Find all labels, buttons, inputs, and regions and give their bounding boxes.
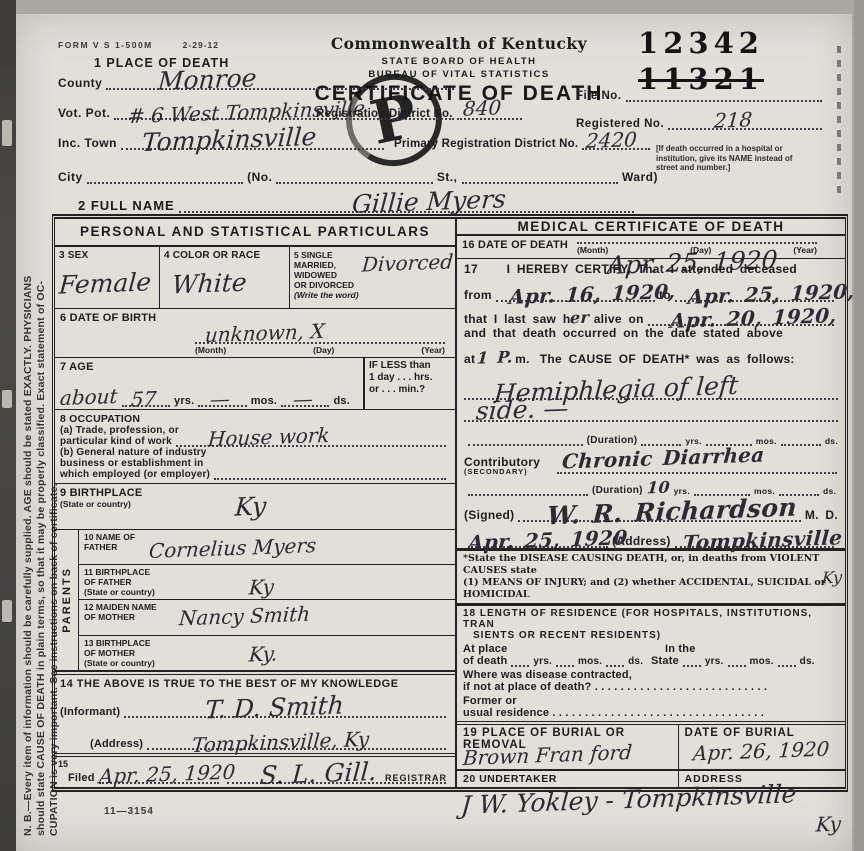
last-saw-text-a: that I last saw h [464, 312, 570, 326]
undertaker-label: 20 UNDERTAKER [463, 773, 672, 785]
signed-date-value: Apr. 25, 1920 [467, 527, 628, 553]
signed-date-field: Apr. 25, 1920 [468, 544, 608, 548]
former-label-2: usual residence . . . . . . . . . . . . … [463, 707, 839, 719]
ward-field [462, 180, 618, 184]
cause-intro: The CAUSE OF DEATH* was as follows: [540, 352, 795, 366]
age-days-value: — [293, 389, 314, 410]
is-yrs: yrs. [705, 656, 724, 667]
ds-label: ds. [333, 395, 350, 407]
burial-date-value: Apr. 26, 1920 [692, 739, 830, 764]
dob-sublabels: (Month) (Day) (Year) [195, 342, 445, 355]
signed-line: (Signed) W. R. Richardson M. D. [457, 496, 845, 522]
m-label: m. [515, 352, 530, 366]
dod-day-label: (Day) [690, 245, 711, 255]
mos-label: mos. [251, 395, 277, 407]
informant-section: 14 THE ABOVE IS TRUE TO THE BEST OF MY K… [55, 671, 455, 757]
age-years-value: 57 [131, 389, 158, 410]
duration2-label: (Duration) [592, 485, 643, 496]
burial-row: 19 PLACE OF BURIAL OR REMOVAL Brown Fran… [457, 721, 845, 769]
occupation-a-field: House work [176, 443, 446, 447]
form-number-text: FORM V S 1-500M [58, 40, 153, 50]
informant-address-field: Tompkinsville, Ky [147, 746, 446, 750]
mother-name-value: Nancy Smith [178, 604, 310, 629]
registration-district-field: 840 [457, 116, 522, 120]
occupation-b-line: which employed (or employer) [60, 469, 450, 480]
dod-sublabels: (Month) (Day) (Year) [577, 242, 817, 255]
medical-column: MEDICAL CERTIFICATE OF DEATH 16 DATE OF … [457, 219, 845, 787]
contributory-value: Chronic Diarrhea [561, 444, 765, 471]
is-f1 [683, 663, 701, 667]
street-no-field [276, 180, 432, 184]
certify-statement: I HEREBY CERTIFY, That I attended deceas… [507, 262, 797, 276]
burial-place-cell: 19 PLACE OF BURIAL OR REMOVAL Brown Fran… [457, 725, 678, 769]
filed-section: 15 Filed Apr. 25, 1920 S. L. Gill. REGIS… [55, 757, 455, 787]
personal-section-title: PERSONAL AND STATISTICAL PARTICULARS [55, 219, 455, 247]
cause-value-2: side. — [475, 395, 569, 423]
registration-district-line: Registration District No. 840 [316, 108, 526, 120]
from-label: from [464, 288, 492, 302]
contributory-line: Contributory (SECONDARY) Chronic Diarrhe… [457, 446, 845, 474]
registration-district-label: Registration District No. [316, 108, 453, 120]
street-no-label: (No. [247, 170, 272, 184]
inc-town-value: Tompkinsville [141, 124, 317, 155]
date-of-death-row: 16 DATE OF DEATH Apr. 25, 1920 (Month) (… [457, 236, 845, 259]
registrar-label: REGISTRAR [385, 773, 447, 783]
filed-number: 15 [58, 759, 68, 769]
time-cause-line: at 1 P. m. The CAUSE OF DEATH* was as fo… [457, 344, 845, 366]
in-state-block: In the State yrs. mos. ds. [651, 643, 839, 667]
sex-cell: 3 SEX Female [55, 247, 159, 309]
signed-label: (Signed) [464, 508, 514, 522]
parents-vertical-label-cell: PARENTS [55, 530, 79, 670]
registered-no-value: 218 [714, 109, 754, 130]
hospital-note: [If death occurred in a hospital or inst… [656, 144, 816, 173]
primary-registration-line: Primary Registration District No. 2420 [394, 138, 654, 150]
duration-line-1: (Duration) yrs. mos. ds. [457, 426, 845, 446]
primary-registration-label: Primary Registration District No. [394, 138, 578, 150]
birthplace-value: Ky [234, 494, 267, 520]
is-f3 [778, 663, 796, 667]
full-name-field: Gillie Myers [179, 209, 634, 213]
city-line: City (No. St., Ward) [58, 170, 658, 184]
signed-date-address-line: Apr. 25, 1920 (Address) Tompkinsville [457, 522, 845, 548]
margin-note-line: N. B.—Every item of information should b… [22, 46, 35, 836]
residence-section: 18 LENGTH OF RESIDENCE (FOR HOSPITALS, I… [457, 606, 845, 721]
father-name-row: 10 NAME OF FATHER Cornelius Myers [79, 530, 455, 565]
certify-heading-line: 17 I HEREBY CERTIFY, That I attended dec… [457, 262, 845, 276]
undertaker-value: J W. Yokley - Tompkinsville [460, 781, 797, 818]
ap-ds: ds. [628, 656, 643, 667]
file-no-label: File No. [576, 90, 622, 102]
form-date: 2-29-12 [183, 40, 219, 50]
burial-date-cell: DATE OF BURIAL Apr. 26, 1920 [678, 725, 845, 769]
ap-f2 [556, 663, 574, 667]
informant-label: (Informant) [60, 706, 120, 718]
father-birthplace-row: 11 BIRTHPLACE OF FATHER (State or countr… [79, 565, 455, 600]
filed-date-field: Apr. 25, 1920 [99, 780, 219, 784]
contracted-label-2: if not at place of death? . . . . . . . … [463, 681, 839, 693]
age-about: about [59, 386, 118, 408]
informant-statement: 14 THE ABOVE IS TRUE TO THE BEST OF MY K… [60, 678, 450, 690]
in-the-label: In the [665, 643, 839, 655]
former-label-1: Former or [463, 695, 839, 707]
informant-address-value: Tompkinsville, Ky [191, 729, 370, 755]
if-less-line3: or . . . min.? [369, 384, 451, 396]
is-f2 [728, 663, 746, 667]
if-less-line1: IF LESS than [369, 360, 451, 372]
ap-f3 [606, 663, 624, 667]
county-line: County Monroe [58, 76, 458, 90]
parents-vertical-label: PARENTS [61, 567, 73, 633]
edge-dashes [837, 46, 841, 196]
occupation-b2: business or establishment in [60, 458, 450, 469]
form-number: FORM V S 1-500M 2-29-12 [58, 40, 219, 50]
scan-blip [2, 600, 12, 622]
certificate-paper: N. B.—Every item of information should b… [16, 14, 852, 851]
occurred-text: and that death occurred on the date stat… [464, 326, 783, 340]
at-place-block: At place of death yrs. mos. ds. [463, 643, 651, 667]
state-label: State [651, 655, 679, 667]
day-label: (Day) [313, 345, 334, 355]
undertaker-row: 20 UNDERTAKER J W. Yokley - Tompkinsvill… [457, 769, 845, 787]
scan-edge-strip [0, 0, 16, 851]
time-of-death-value: 1 P. [477, 349, 514, 366]
ward-label: Ward) [622, 170, 658, 184]
if-less-line2: 1 day . . . hrs. [369, 372, 451, 384]
informant-address-line: (Address) Tompkinsville, Ky [90, 738, 450, 750]
year-label: (Year) [421, 345, 445, 355]
cause-footnote: *State the DISEASE CAUSING DEATH, or, in… [457, 548, 845, 606]
marital-label-4: OR DIVORCED [294, 280, 451, 290]
occupation-label: 8 OCCUPATION [60, 413, 450, 425]
personal-column: PERSONAL AND STATISTICAL PARTICULARS 3 S… [55, 219, 457, 787]
occupation-a2: particular kind of work [60, 436, 172, 447]
margin-ky-note: Ky [821, 570, 842, 587]
dob-row: 6 DATE OF BIRTH unknown, X (Month) (Day)… [55, 309, 455, 358]
registration-district-value: 840 [462, 97, 502, 118]
signed-address-value: Tompkinsville [682, 527, 843, 553]
commonwealth-title: Commonwealth of Kentucky [294, 34, 624, 53]
occupation-row: 8 OCCUPATION (a) Trade, profession, or p… [55, 410, 455, 484]
at-place-label-2: of death [463, 655, 507, 667]
occupation-b3: which employed (or employer) [60, 469, 210, 480]
at-label: at [464, 352, 475, 366]
residence-label-1: 18 LENGTH OF RESIDENCE (FOR HOSPITALS, I… [463, 608, 839, 630]
cause-line-2: side. — [464, 400, 838, 422]
primary-registration-value: 2420 [586, 129, 638, 151]
residence-label-2: SIENTS OR RECENT RESIDENTS) [473, 630, 839, 641]
stamped-number-top: 12342 [576, 26, 826, 60]
occupation-a-value: House work [208, 425, 331, 449]
scan-blip [2, 120, 12, 146]
age-days-field: — [281, 403, 329, 407]
full-name-line: 2 FULL NAME Gillie Myers [78, 198, 638, 213]
occupation-b-field [214, 476, 446, 480]
mother-birthplace-row: 13 BIRTHPLACE OF MOTHER (State or countr… [79, 636, 455, 670]
duration1-label: (Duration) [587, 435, 638, 446]
scan-blip [2, 390, 12, 408]
sex-value: Female [58, 269, 152, 297]
county-label: County [58, 76, 102, 90]
at-place-line: of death yrs. mos. ds. [463, 655, 651, 667]
inc-town-field: Tompkinsville [121, 146, 384, 150]
informant-name: T. D. Smith [204, 693, 345, 723]
race-value: White [171, 269, 247, 297]
county-field: Monroe [106, 86, 454, 90]
occurred-line: and that death occurred on the date stat… [457, 326, 845, 344]
residence-duration-line: At place of death yrs. mos. ds. In the [463, 643, 839, 667]
marital-sublabel: (Write the word) [294, 290, 451, 300]
parents-rows: 10 NAME OF FATHER Cornelius Myers 11 BIR… [79, 530, 455, 670]
inc-town-label: Inc. Town [58, 136, 117, 150]
certify-number: 17 [464, 262, 478, 276]
primary-registration-field: 2420 [582, 146, 650, 150]
occupation-a-line: particular kind of work House work [60, 436, 450, 447]
full-name-label: 2 FULL NAME [78, 198, 175, 213]
board-title: STATE BOARD OF HEALTH [294, 56, 624, 67]
dod-month-label: (Month) [577, 245, 608, 255]
signed-address-field: Tompkinsville [675, 544, 834, 548]
voting-precinct-label: Vot. Pot. [58, 106, 110, 120]
burial-place-value: Brown Fran ford [462, 742, 632, 768]
certificate-body: PERSONAL AND STATISTICAL PARTICULARS 3 S… [52, 214, 848, 792]
duration2-value: 10 [646, 480, 670, 497]
age-years-field: 57 [122, 403, 170, 407]
age-row: 7 AGE about 57 yrs. — mos. — ds. [55, 358, 455, 410]
medical-section-title: MEDICAL CERTIFICATE OF DEATH [457, 219, 845, 236]
duration2-ds: ds. [823, 486, 836, 496]
birthplace-row: 9 BIRTHPLACE (State or country) Ky [55, 484, 455, 529]
father-bp-value: Ky [248, 577, 274, 598]
sex-label: 3 SEX [59, 250, 155, 261]
informant-address-label: (Address) [90, 738, 143, 750]
bottom-ky-note: Ky [815, 814, 841, 835]
race-label: 4 COLOR OR RACE [164, 250, 285, 261]
filed-label: Filed [68, 772, 95, 784]
inc-town-line: Inc. Town Tompkinsville [58, 136, 388, 150]
filed-date-value: Apr. 25, 1920 [98, 762, 236, 787]
margin-note-line: should state CAUSE OF DEATH in plain ter… [35, 46, 48, 836]
plate-number: 11—3154 [104, 806, 154, 817]
at-place-label-1: At place [463, 643, 651, 655]
duration1-ds: ds. [825, 436, 838, 446]
last-saw-pronoun: er [570, 310, 590, 327]
certificate-header: Commonwealth of Kentucky STATE BOARD OF … [294, 34, 624, 106]
is-ds: ds. [800, 656, 815, 667]
attended-dates-line: from Apr. 16, 1920, to Apr. 25, 1920, [457, 276, 845, 302]
informant-field: T. D. Smith [124, 714, 446, 718]
footnote-line-2: (1) MEANS OF INJURY; and (2) whether ACC… [463, 577, 839, 601]
registrar-signature: S. L. Gill. [259, 759, 377, 788]
full-name-value: Gillie Myers [351, 186, 507, 216]
footnote-line-1: *State the DISEASE CAUSING DEATH, or, in… [463, 553, 839, 577]
certify-section: 17 I HEREBY CERTIFY, That I attended dec… [457, 259, 845, 548]
registered-no-field: 218 [668, 126, 822, 130]
last-saw-line: that I last saw h er alive on Apr. 20, 1… [457, 302, 845, 326]
ap-mos: mos. [578, 656, 602, 667]
city-field [87, 180, 243, 184]
undertaker-cell: 20 UNDERTAKER J W. Yokley - Tompkinsvill… [457, 771, 678, 787]
race-cell: 4 COLOR OR RACE White [159, 247, 289, 309]
yrs-label: yrs. [174, 395, 194, 407]
duration2-yrs: yrs. [674, 486, 690, 496]
scan-edge-right [854, 0, 864, 851]
is-mos: mos. [750, 656, 774, 667]
file-numbers-block: 12342 11321 File No. Registered No. 218 [576, 26, 826, 130]
parents-section: PARENTS 10 NAME OF FATHER Cornelius Myer… [55, 530, 455, 671]
in-state-line: State yrs. mos. ds. [651, 655, 839, 667]
dod-year-label: (Year) [793, 245, 817, 255]
last-saw-text-b: alive on [594, 312, 644, 326]
sex-race-marital-row: 3 SEX Female 4 COLOR OR RACE White 5 SIN… [55, 247, 455, 310]
file-no-field [626, 98, 822, 102]
marital-value: Divorced [361, 251, 454, 274]
month-label: (Month) [195, 345, 226, 355]
age-line: about 57 yrs. — mos. — ds. [60, 387, 350, 407]
county-value: Monroe [158, 65, 258, 94]
ap-yrs: yrs. [533, 656, 552, 667]
contracted-label-1: Where was disease contracted, [463, 669, 839, 681]
if-less-box: IF LESS than 1 day . . . hrs. or . . . m… [363, 358, 455, 409]
father-name-value: Cornelius Myers [148, 535, 317, 561]
age-months-value: — [210, 389, 231, 410]
md-label: M. D. [805, 508, 838, 522]
city-label: City [58, 170, 83, 184]
ap-f1 [511, 663, 529, 667]
mother-bp-value: Ky. [248, 643, 278, 664]
street-label: St., [437, 170, 458, 184]
marital-cell: 5 SINGLE MARRIED, WIDOWED OR DIVORCED (W… [289, 247, 455, 309]
age-months-field: — [198, 403, 246, 407]
mother-name-row: 12 MAIDEN NAME OF MOTHER Nancy Smith [79, 600, 455, 635]
informant-line: (Informant) T. D. Smith [60, 706, 450, 718]
